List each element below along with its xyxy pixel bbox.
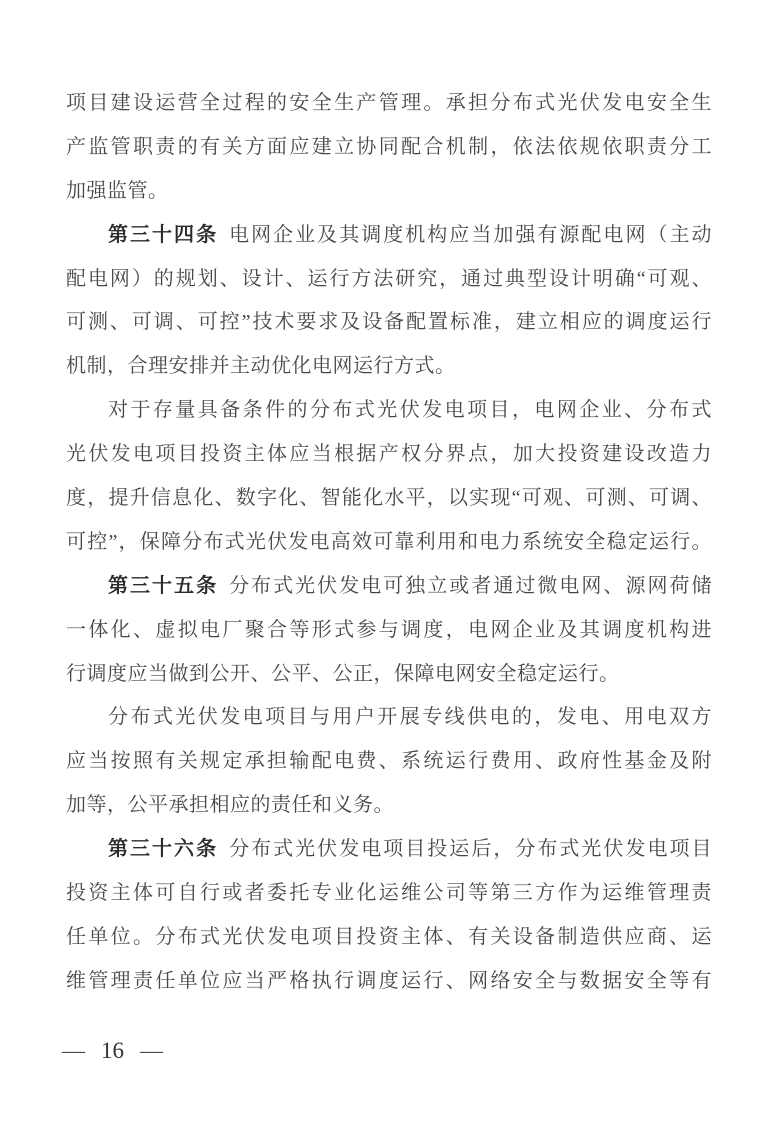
text-line: 可测、可调、可控”技术要求及设备配置标准，建立相应的调度运行 — [66, 301, 712, 345]
text-line: 应当按照有关规定承担输配电费、系统运行费用、政府性基金及附 — [66, 740, 712, 784]
text-line: 产监管职责的有关方面应建立协同配合机制，依法依规依职责分工 — [66, 126, 712, 170]
document-page: 项目建设运营全过程的安全生产管理。承担分布式光伏发电安全生 产监管职责的有关方面… — [0, 0, 768, 1148]
text-line-paragraph-end: 机制，合理安排并主动优化电网运行方式。 — [66, 345, 712, 389]
text-line-paragraph-end: 行调度应当做到公开、公平、公正，保障电网安全稳定运行。 — [66, 653, 712, 697]
page-number: 16 — [101, 1038, 124, 1064]
text-line-paragraph-end: 可控”，保障分布式光伏发电高效可靠利用和电力系统安全稳定运行。 — [66, 521, 712, 565]
text-line-article-35: 第三十五条分布式光伏发电可独立或者通过微电网、源网荷储 — [66, 565, 712, 609]
article-34-number: 第三十四条 — [108, 224, 218, 246]
text-line-paragraph-end: 加强监管。 — [66, 170, 712, 214]
article-34-text: 电网企业及其调度机构应当加强有源配电网（主动 — [229, 224, 712, 246]
text-line: 投资主体可自行或者委托专业化运维公司等第三方作为运维管理责 — [66, 872, 712, 916]
text-line-paragraph-start: 分布式光伏发电项目与用户开展专线供电的，发电、用电双方 — [66, 696, 712, 740]
text-line-article-36: 第三十六条分布式光伏发电项目投运后，分布式光伏发电项目 — [66, 828, 712, 872]
document-text-block: 项目建设运营全过程的安全生产管理。承担分布式光伏发电安全生 产监管职责的有关方面… — [66, 82, 712, 1004]
text-line-paragraph-start: 对于存量具备条件的分布式光伏发电项目，电网企业、分布式 — [66, 389, 712, 433]
text-line: 维管理责任单位应当严格执行调度运行、网络安全与数据安全等有 — [66, 960, 712, 1004]
text-line: 度，提升信息化、数字化、智能化水平，以实现“可观、可测、可调、 — [66, 477, 712, 521]
text-line-paragraph-end: 加等，公平承担相应的责任和义务。 — [66, 784, 712, 828]
text-line: 任单位。分布式光伏发电项目投资主体、有关设备制造供应商、运 — [66, 916, 712, 960]
article-35-number: 第三十五条 — [108, 575, 218, 597]
article-35-text: 分布式光伏发电可独立或者通过微电网、源网荷储 — [229, 575, 712, 597]
footer-left-dash: — — [62, 1038, 85, 1064]
article-36-text: 分布式光伏发电项目投运后，分布式光伏发电项目 — [229, 838, 712, 860]
text-line: 配电网）的规划、设计、运行方法研究，通过典型设计明确“可观、 — [66, 258, 712, 302]
text-line: 项目建设运营全过程的安全生产管理。承担分布式光伏发电安全生 — [66, 82, 712, 126]
text-line: 光伏发电项目投资主体应当根据产权分界点，加大投资建设改造力 — [66, 433, 712, 477]
footer-right-dash: — — [140, 1038, 163, 1064]
text-line-article-34: 第三十四条电网企业及其调度机构应当加强有源配电网（主动 — [66, 214, 712, 258]
article-36-number: 第三十六条 — [108, 838, 218, 860]
page-footer: — 16 — — [62, 1038, 163, 1064]
text-line: 一体化、虚拟电厂聚合等形式参与调度，电网企业及其调度机构进 — [66, 609, 712, 653]
